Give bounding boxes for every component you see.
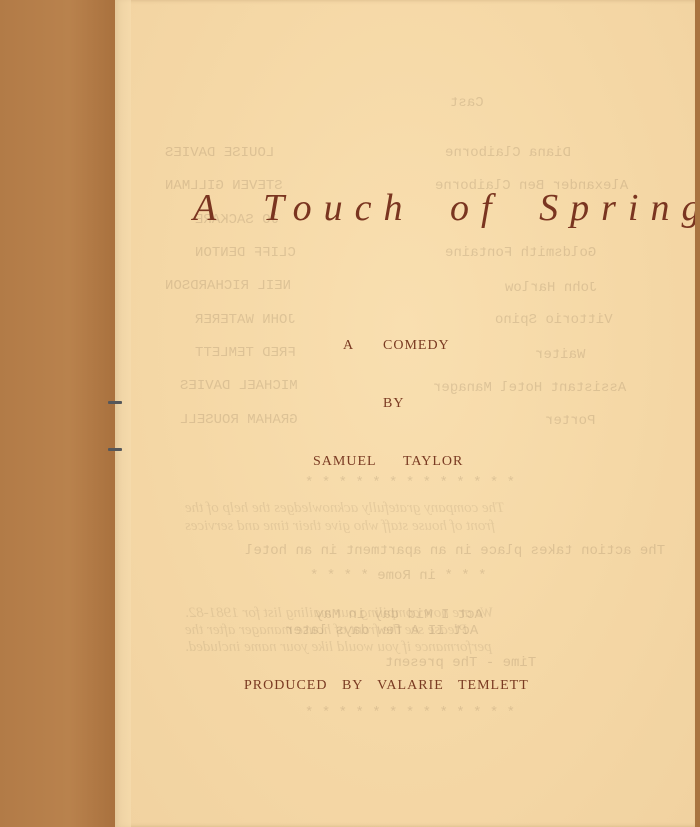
play-title: A Touch of Spring xyxy=(193,186,633,230)
bleed-mailing: Please see the front of house manager af… xyxy=(185,622,468,639)
bleed-role: John Harlow xyxy=(505,280,597,296)
bleed-left-name: GRAHAM ROUSELL xyxy=(180,412,298,428)
staple xyxy=(108,401,122,404)
page-fold-shadow xyxy=(115,0,131,827)
bleed-role: Diana Claiborne xyxy=(445,145,571,161)
bleed-role: Assistant Hotel Manager xyxy=(433,380,626,396)
bleed-in-rome: * * * in Rome * * * * xyxy=(310,568,486,584)
genre-label: COMEDY xyxy=(383,338,450,354)
bleed-time: Time - The present xyxy=(385,655,536,671)
bleed-role: Waiter xyxy=(535,347,585,363)
bleed-role: Goldsmith Fontaine xyxy=(445,245,596,261)
bleed-ack: front of house staff who give their time… xyxy=(185,518,495,535)
bleed-stars: * * * * * * * * * * * * * xyxy=(305,705,515,721)
bleed-mailing: performance if you would like your name … xyxy=(185,639,492,656)
bleed-mailing: We are now compiling our mailing list fo… xyxy=(185,605,493,622)
producer-credit: PRODUCED BY VALARIE TEMLETT xyxy=(244,678,529,694)
bleed-heading: Cast xyxy=(450,95,484,111)
bleed-ack: The company gratefully acknowledges the … xyxy=(185,500,505,517)
author-last-name: TAYLOR xyxy=(403,454,463,470)
bleed-left-name: NEIL RICHARDSON xyxy=(165,278,291,294)
bleed-setting: The action takes place in an apartment i… xyxy=(245,543,665,559)
bleed-left-name: LOUISE DAVIES xyxy=(165,145,274,161)
bleed-left-name: FRED TEMLETT xyxy=(195,345,296,361)
cover-spine xyxy=(0,0,115,827)
bleed-left-name: MICHAEL DAVIES xyxy=(180,378,298,394)
genre-article: A xyxy=(343,338,354,354)
bleed-role: Vittorio Spino xyxy=(495,312,613,328)
program-page: Cast LOUISE DAVIES STEVEN GILLMAN JO SAC… xyxy=(115,0,695,827)
cover-edge xyxy=(695,0,700,827)
bleed-role: Porter xyxy=(545,413,595,429)
bleed-left-name: JOHN WATERER xyxy=(195,312,296,328)
by-label: BY xyxy=(383,396,404,412)
staple xyxy=(108,448,122,451)
author-first-name: SAMUEL xyxy=(313,454,377,470)
bleed-stars: * * * * * * * * * * * * * xyxy=(305,475,515,491)
bleed-left-name: CLIFF DENTON xyxy=(195,245,296,261)
